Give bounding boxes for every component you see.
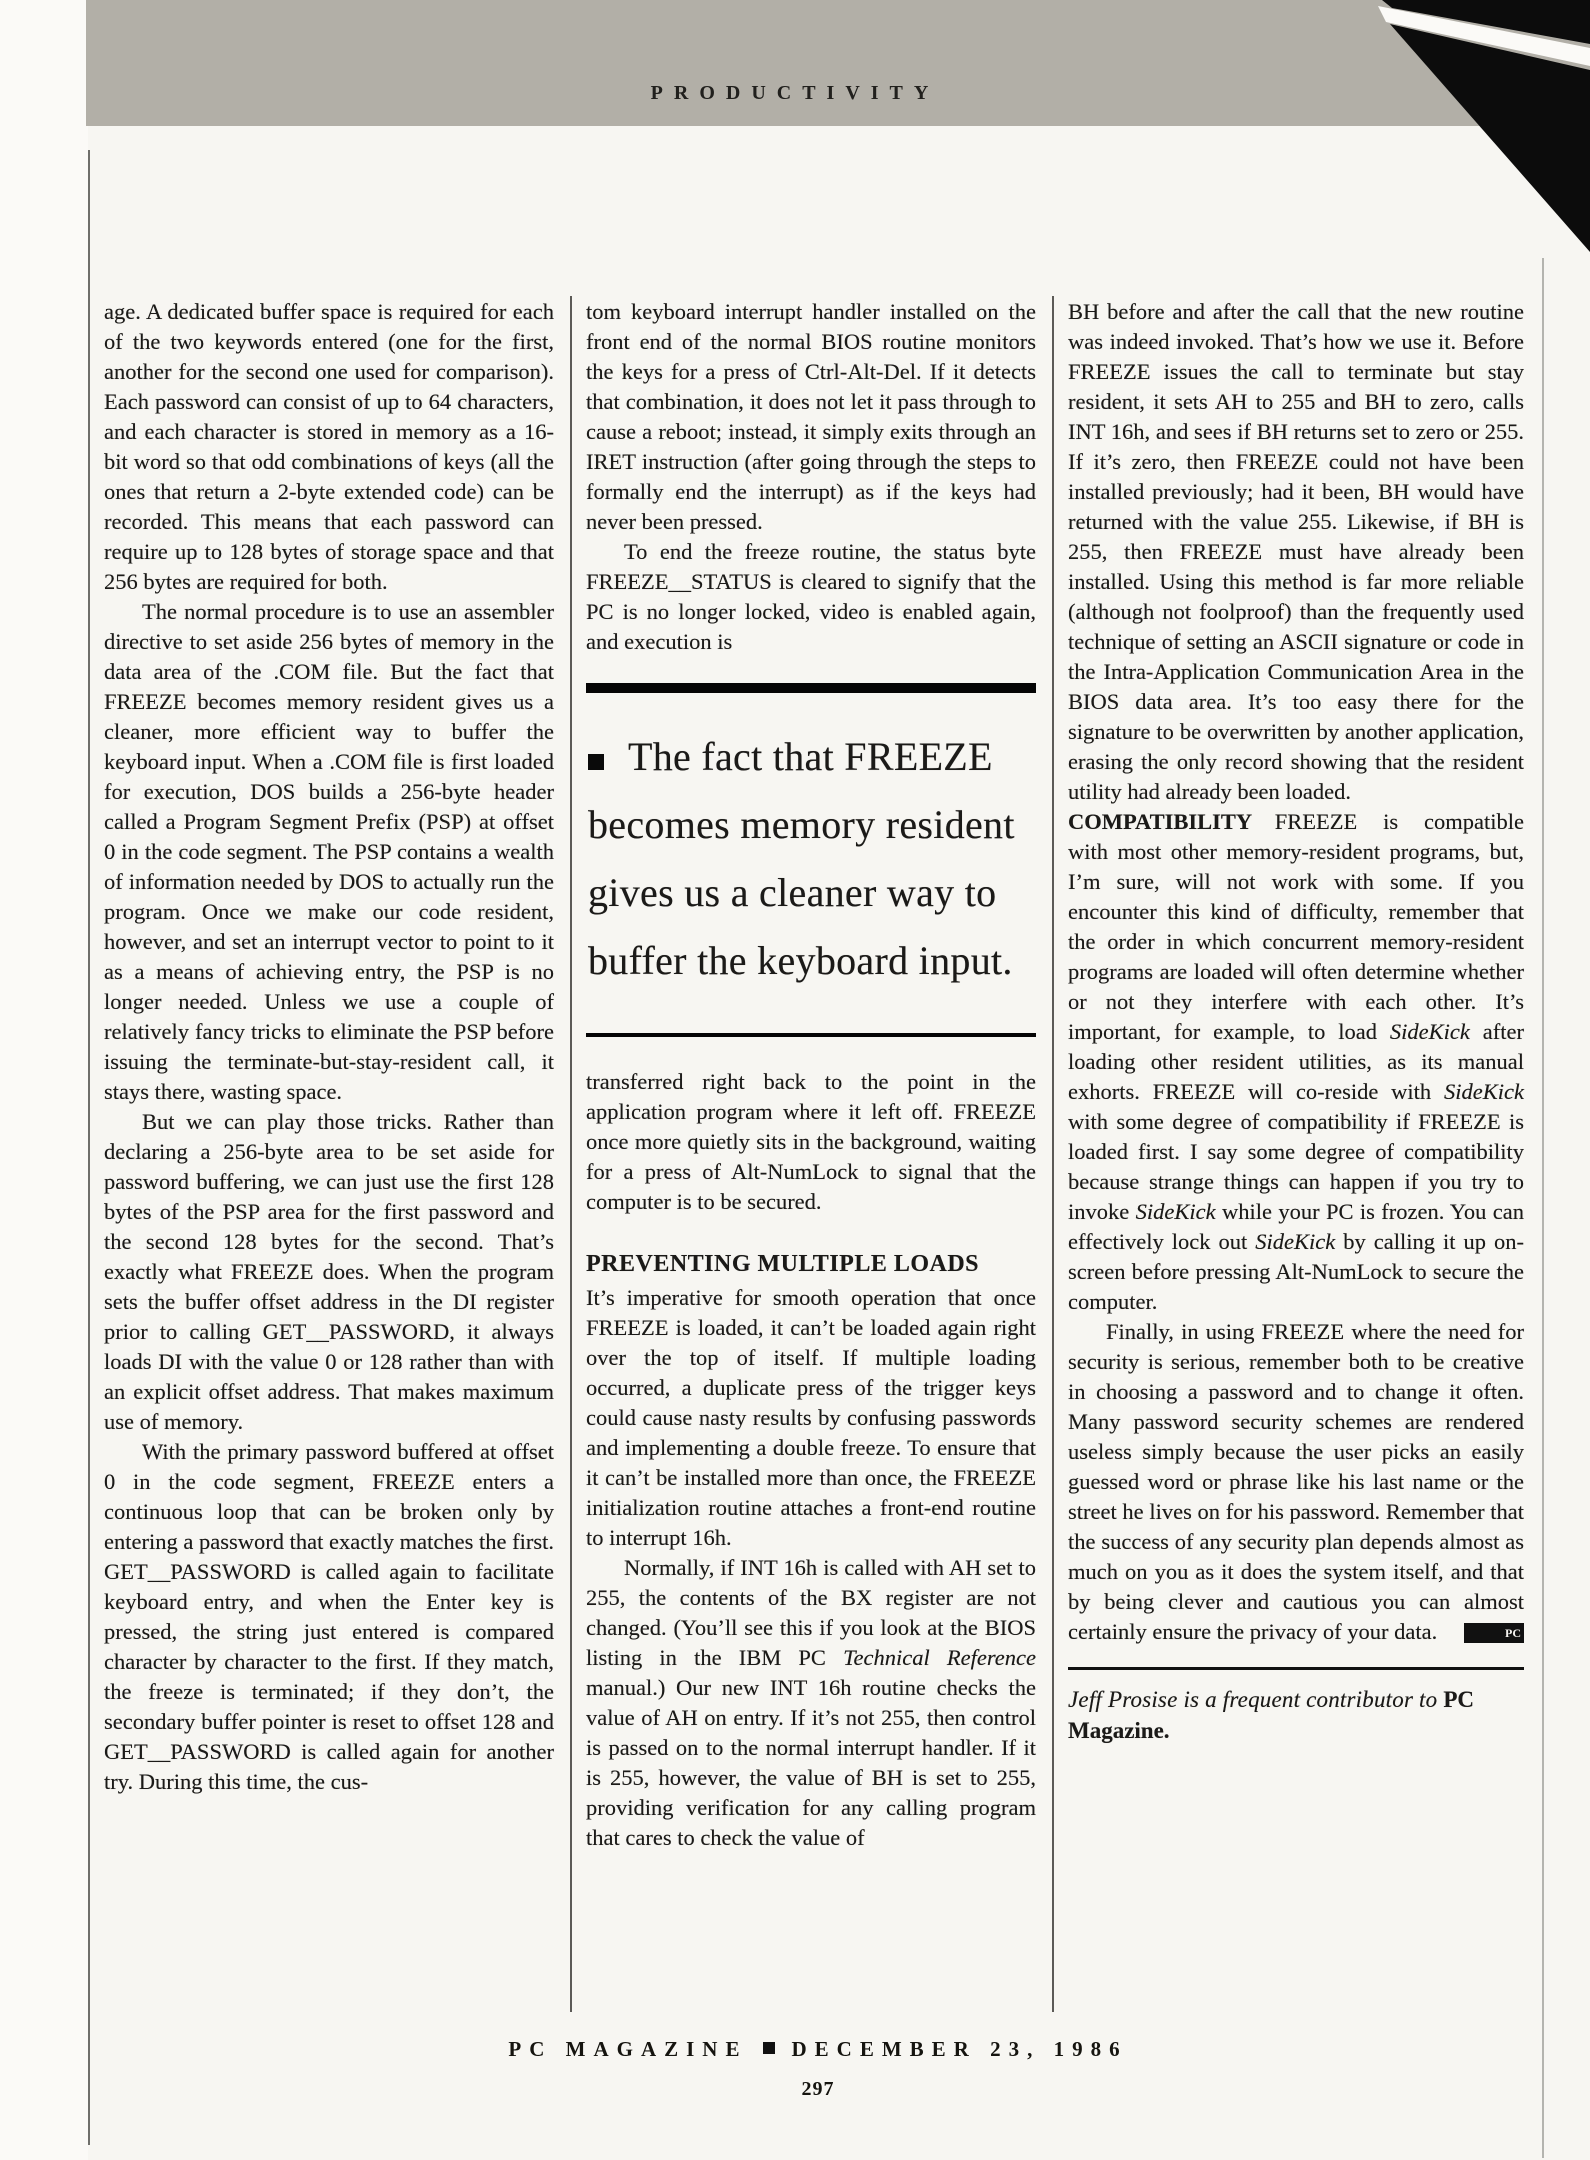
body-paragraph: Finally, in using FREEZE where the need … <box>1068 1317 1524 1647</box>
page-number: 297 <box>86 2078 1550 2101</box>
body-paragraph: transferred right back to the point in t… <box>586 1067 1036 1217</box>
body-paragraph: To end the freeze routine, the status by… <box>586 537 1036 657</box>
magazine-page: PRODUCTIVITY age. A dedicated buffer spa… <box>0 0 1590 2160</box>
page-left-margin <box>0 0 88 2160</box>
column-1: age. A dedicated buffer space is require… <box>104 297 554 1853</box>
body-paragraph: It’s imperative for smooth operation tha… <box>586 1283 1036 1553</box>
footer-line: PC MAGAZINEDECEMBER 23, 1986 <box>86 2037 1550 2062</box>
left-page-edge-line <box>88 150 90 2145</box>
body-paragraph: tom keyboard interrupt handler installed… <box>586 297 1036 537</box>
body-paragraph: With the primary password buffered at of… <box>104 1437 554 1797</box>
square-separator-icon <box>763 2042 775 2054</box>
end-of-article-mark: PC <box>1464 1623 1524 1643</box>
square-bullet-icon <box>588 754 604 770</box>
section-label: PRODUCTIVITY <box>0 82 1590 105</box>
page-corner-fold-icon <box>1378 0 1590 272</box>
right-page-edge-line <box>1542 258 1544 2158</box>
footer-magazine: PC MAGAZINE <box>508 2037 747 2061</box>
body-paragraph: COMPATIBILITY FREEZE is compatible with … <box>1068 807 1524 1317</box>
article-columns: age. A dedicated buffer space is require… <box>104 297 1524 1853</box>
footer-date: DECEMBER 23, 1986 <box>791 2037 1127 2061</box>
author-bio: Jeff Prosise is a frequent contributor t… <box>1068 1667 1524 1746</box>
body-paragraph: The normal procedure is to use an assemb… <box>104 597 554 1107</box>
body-paragraph: BH before and after the call that the ne… <box>1068 297 1524 807</box>
body-paragraph: Normally, if INT 16h is called with AH s… <box>586 1553 1036 1853</box>
pull-quote: The fact that FREEZE becomes memory resi… <box>586 683 1036 1037</box>
body-paragraph: But we can play those tricks. Rather tha… <box>104 1107 554 1437</box>
header-band <box>86 0 1590 126</box>
column-3: BH before and after the call that the ne… <box>1068 297 1524 1853</box>
section-heading: PREVENTING MULTIPLE LOADS <box>586 1249 1036 1279</box>
body-paragraph: age. A dedicated buffer space is require… <box>104 297 554 597</box>
column-2: tom keyboard interrupt handler installed… <box>586 297 1036 1853</box>
